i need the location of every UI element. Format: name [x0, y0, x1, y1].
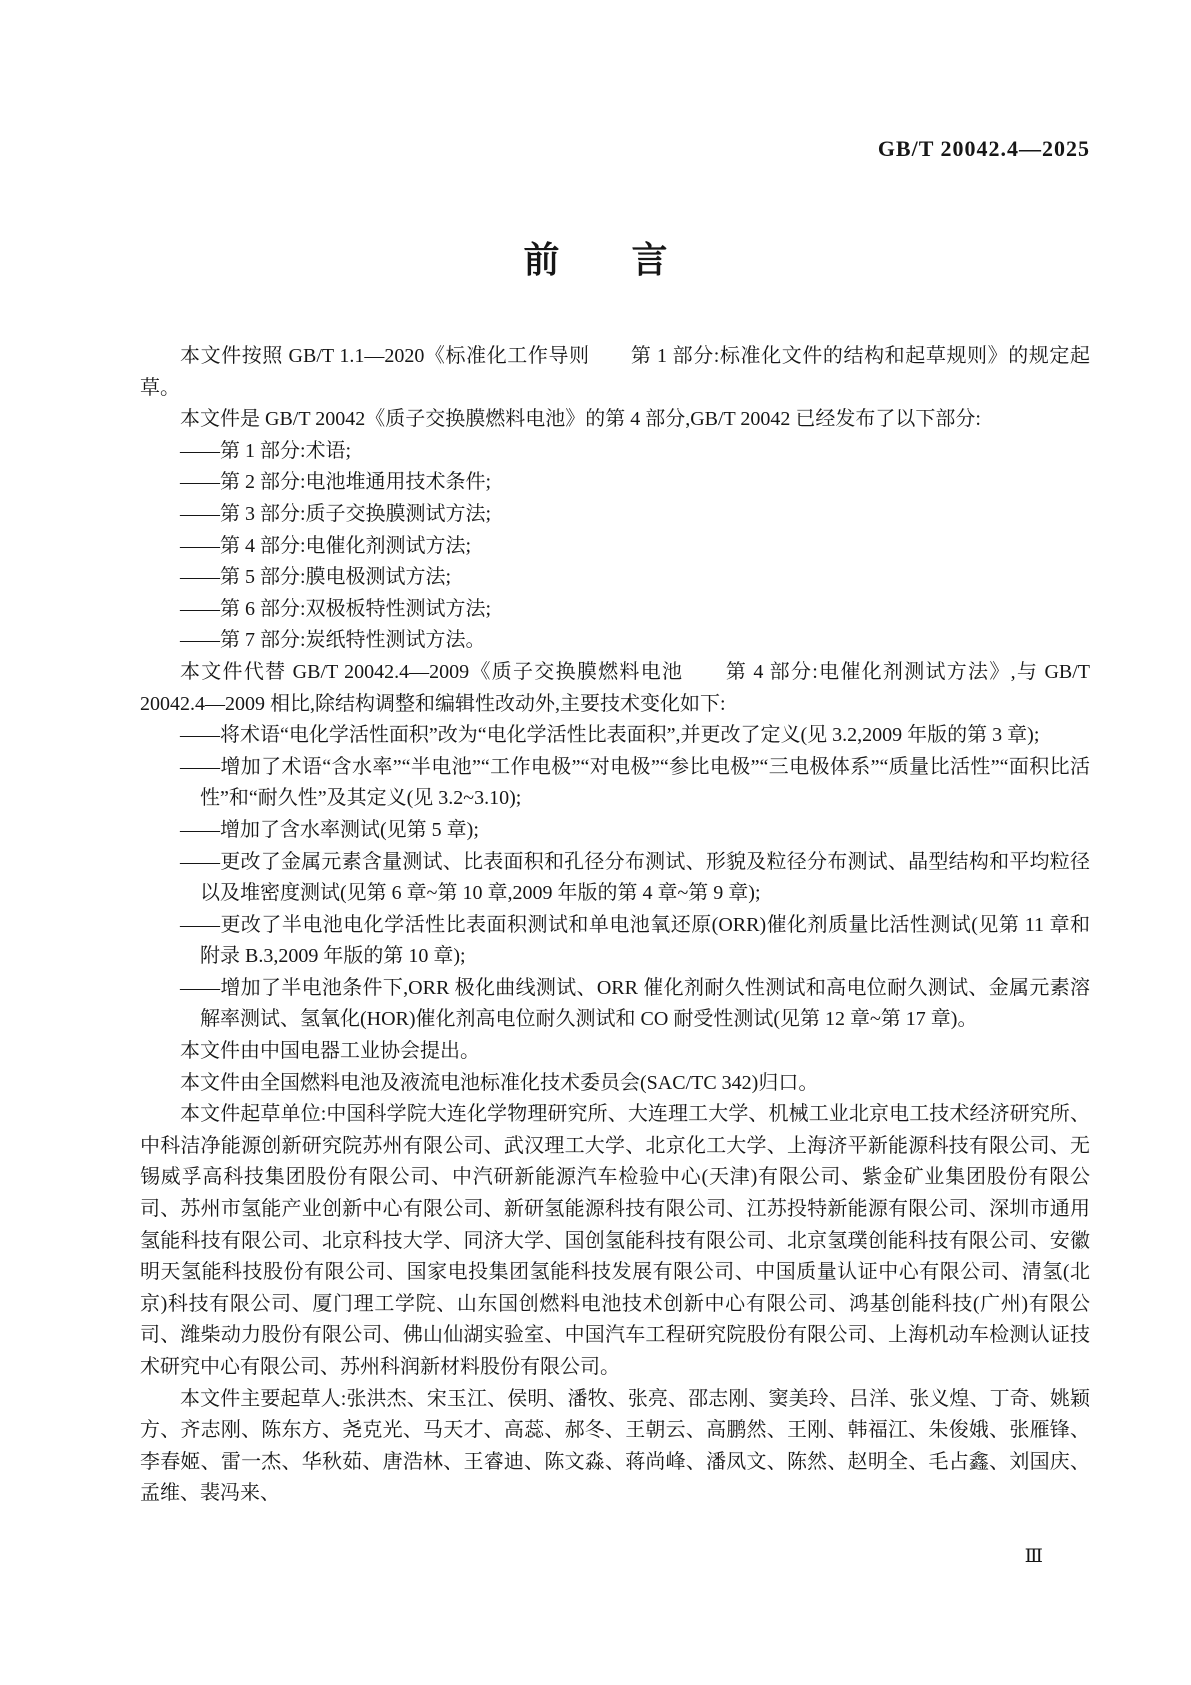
standard-code: GB/T 20042.4—2025	[878, 136, 1090, 162]
list-item-part-6: ——第 6 部分:双极板特性测试方法;	[180, 594, 1090, 626]
list-item-change-3: ——增加了含水率测试(见第 5 章);	[140, 815, 1090, 847]
list-item-part-7: ——第 7 部分:炭纸特性测试方法。	[180, 625, 1090, 657]
paragraph-main-drafters: 本文件主要起草人:张洪杰、宋玉江、侯明、潘牧、张亮、邵志刚、窦美玲、吕洋、张义煌…	[140, 1384, 1090, 1510]
page-title: 前 言	[0, 238, 1191, 281]
list-item-change-1: ——将术语“电化学活性面积”改为“电化学活性比表面积”,并更改了定义(见 3.2…	[140, 720, 1090, 752]
document-page: GB/T 20042.4—2025 前 言 本文件按照 GB/T 1.1—202…	[0, 0, 1191, 1685]
paragraph-drafting-rule: 本文件按照 GB/T 1.1—2020《标准化工作导则 第 1 部分:标准化文件…	[140, 341, 1090, 404]
paragraph-centralized-by: 本文件由全国燃料电池及液流电池标准化技术委员会(SAC/TC 342)归口。	[140, 1068, 1090, 1100]
paragraph-series-intro: 本文件是 GB/T 20042《质子交换膜燃料电池》的第 4 部分,GB/T 2…	[140, 404, 1090, 436]
list-item-part-4: ——第 4 部分:电催化剂测试方法;	[180, 531, 1090, 563]
paragraph-proposed-by: 本文件由中国电器工业协会提出。	[140, 1036, 1090, 1068]
paragraph-drafting-organizations: 本文件起草单位:中国科学院大连化学物理研究所、大连理工大学、机械工业北京电工技术…	[140, 1099, 1090, 1383]
list-item-part-5: ——第 5 部分:膜电极测试方法;	[180, 562, 1090, 594]
list-item-change-6: ——增加了半电池条件下,ORR 极化曲线测试、ORR 催化剂耐久性测试和高电位耐…	[140, 973, 1090, 1036]
list-item-change-5: ——更改了半电池电化学活性比表面积测试和单电池氧还原(ORR)催化剂质量比活性测…	[140, 910, 1090, 973]
list-item-part-1: ——第 1 部分:术语;	[180, 436, 1090, 468]
list-item-change-4: ——更改了金属元素含量测试、比表面积和孔径分布测试、形貌及粒径分布测试、晶型结构…	[140, 847, 1090, 910]
foreword-body: 本文件按照 GB/T 1.1—2020《标准化工作导则 第 1 部分:标准化文件…	[140, 341, 1090, 1510]
paragraph-replaces: 本文件代替 GB/T 20042.4—2009《质子交换膜燃料电池 第 4 部分…	[140, 657, 1090, 720]
list-item-part-2: ——第 2 部分:电池堆通用技术条件;	[180, 467, 1090, 499]
page-number: Ⅲ	[1025, 1545, 1043, 1568]
list-item-change-2: ——增加了术语“含水率”“半电池”“工作电极”“对电极”“参比电极”“三电极体系…	[140, 752, 1090, 815]
list-item-part-3: ——第 3 部分:质子交换膜测试方法;	[180, 499, 1090, 531]
